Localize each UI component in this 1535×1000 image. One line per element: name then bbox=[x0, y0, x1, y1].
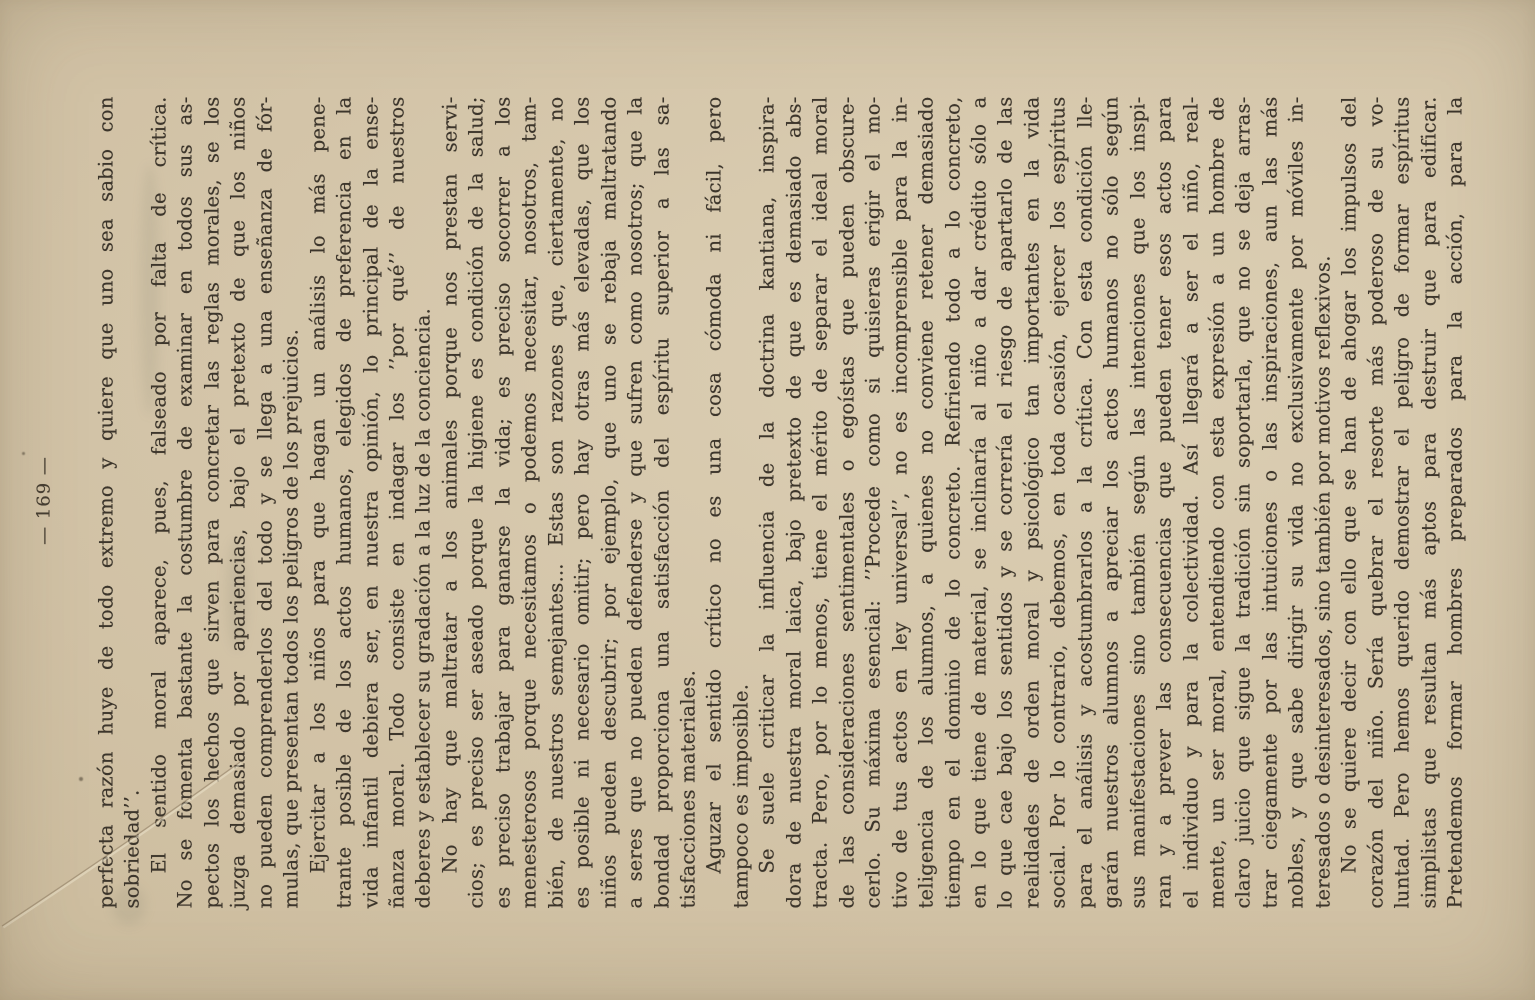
text-line: tivo de tus actos en ley universal’’, no… bbox=[887, 96, 913, 908]
text-line: teresados o desinteresados, sino también… bbox=[1310, 96, 1336, 908]
text-line: tampoco es imposible. bbox=[728, 96, 754, 908]
text-line: a seres que no pueden defenderse y que s… bbox=[622, 96, 648, 908]
text-line: teligencia de los alumnos, a quienes no … bbox=[913, 96, 939, 908]
text-line: trante posible de los actos humanos, ele… bbox=[331, 96, 357, 908]
text-line: lo que cae bajo los sentidos y se correr… bbox=[992, 96, 1018, 908]
text-line: Ejercitar a los niños para que hagan un … bbox=[305, 96, 331, 908]
text-line: es preciso trabajar para ganarse la vida… bbox=[490, 96, 516, 908]
text-line: niños pueden descubrir; por ejemplo, que… bbox=[596, 96, 622, 908]
text-line: ñanza moral. Todo consiste en indagar lo… bbox=[384, 96, 410, 908]
text-line: garán nuestros alumnos a apreciar los ac… bbox=[1098, 96, 1124, 908]
text-line: de las consideraciones sentimentales o e… bbox=[834, 96, 860, 908]
text-line: deberes y establecer su gradación a la l… bbox=[410, 96, 436, 908]
text-line: bondad proporciona una satisfacción del … bbox=[649, 96, 675, 908]
text-line: pectos los hechos que sirven para concre… bbox=[199, 96, 225, 908]
text-line: perfecta razón huye de todo extremo y qu… bbox=[93, 96, 119, 908]
text-line: en lo que tiene de material, se inclinar… bbox=[966, 96, 992, 908]
book-page: — 169 — perfecta razón huye de todo extr… bbox=[0, 0, 1535, 1000]
text-line: juzga demasiado por apariencias, bajo el… bbox=[225, 96, 251, 908]
text-line: No se quiere decir con ello que se han d… bbox=[1336, 96, 1362, 908]
text-line: mente, un ser moral, entendiendo con est… bbox=[1204, 96, 1230, 908]
text-line: realidades de orden moral y psicológico … bbox=[1019, 96, 1045, 908]
text-line: bién, de nuestros semejantes... Estas so… bbox=[543, 96, 569, 908]
text-line: trar ciegamente por las intuiciones o la… bbox=[1257, 96, 1283, 908]
text-line: Aguzar el sentido crítico no es una cosa… bbox=[701, 96, 727, 908]
text-line: Pretendemos formar hombres preparados pa… bbox=[1442, 96, 1468, 908]
text-line: tisfacciones materiales. bbox=[675, 96, 701, 908]
text-line: simplistas que resultan más aptos para d… bbox=[1416, 96, 1442, 908]
text-line: cerlo. Su máxima esencial: ’’Procede com… bbox=[860, 96, 886, 908]
text-line: social. Por lo contrario, debemos, en to… bbox=[1045, 96, 1071, 908]
text-line: vida infantil debiera ser, en nuestra op… bbox=[358, 96, 384, 908]
text-line: dora de nuestra moral laica, bajo pretex… bbox=[781, 96, 807, 908]
text-line: El sentido moral aparece, pues, falseado… bbox=[146, 96, 172, 908]
text-line: sus manifestaciones sino también según l… bbox=[1125, 96, 1151, 908]
text-line: menesterosos porque necesitamos o podemo… bbox=[516, 96, 542, 908]
text-line: claro juicio que sigue la tradición sin … bbox=[1230, 96, 1256, 908]
text-line: tiempo en el dominio de lo concreto. Ref… bbox=[940, 96, 966, 908]
text-line: Se suele criticar la influencia de la do… bbox=[754, 96, 780, 908]
text-line: el individuo y para la colectividad. Así… bbox=[1178, 96, 1204, 908]
text-line: sobriedad’’. bbox=[119, 96, 145, 908]
text-line: para el análisis y acostumbrarlos a la c… bbox=[1072, 96, 1098, 908]
text-line: cios; es preciso ser aseado porque la hi… bbox=[463, 96, 489, 908]
text-line: corazón del niño. Sería quebrar el resor… bbox=[1363, 96, 1389, 908]
text-line: mulas, que presentan todos los peligros … bbox=[278, 96, 304, 908]
text-line: luntad. Pero hemos querido demostrar el … bbox=[1389, 96, 1415, 908]
text-block: perfecta razón huye de todo extremo y qu… bbox=[93, 96, 1469, 908]
scanned-page: — 169 — perfecta razón huye de todo extr… bbox=[0, 0, 1535, 1000]
text-line: nobles, y que sabe dirigir su vida no ex… bbox=[1283, 96, 1309, 908]
text-line: No hay que maltratar a los animales porq… bbox=[437, 96, 463, 908]
text-line: ran y a prever las consecuencias que pue… bbox=[1151, 96, 1177, 908]
text-line: No se fomenta bastante la costumbre de e… bbox=[172, 96, 198, 908]
text-line: es posible ni necesario omitir; pero hay… bbox=[569, 96, 595, 908]
page-number: — 169 — bbox=[33, 0, 54, 1000]
text-line: tracta. Pero, por lo menos, tiene el mér… bbox=[807, 96, 833, 908]
text-line: no pueden comprenderlos del todo y se ll… bbox=[252, 96, 278, 908]
